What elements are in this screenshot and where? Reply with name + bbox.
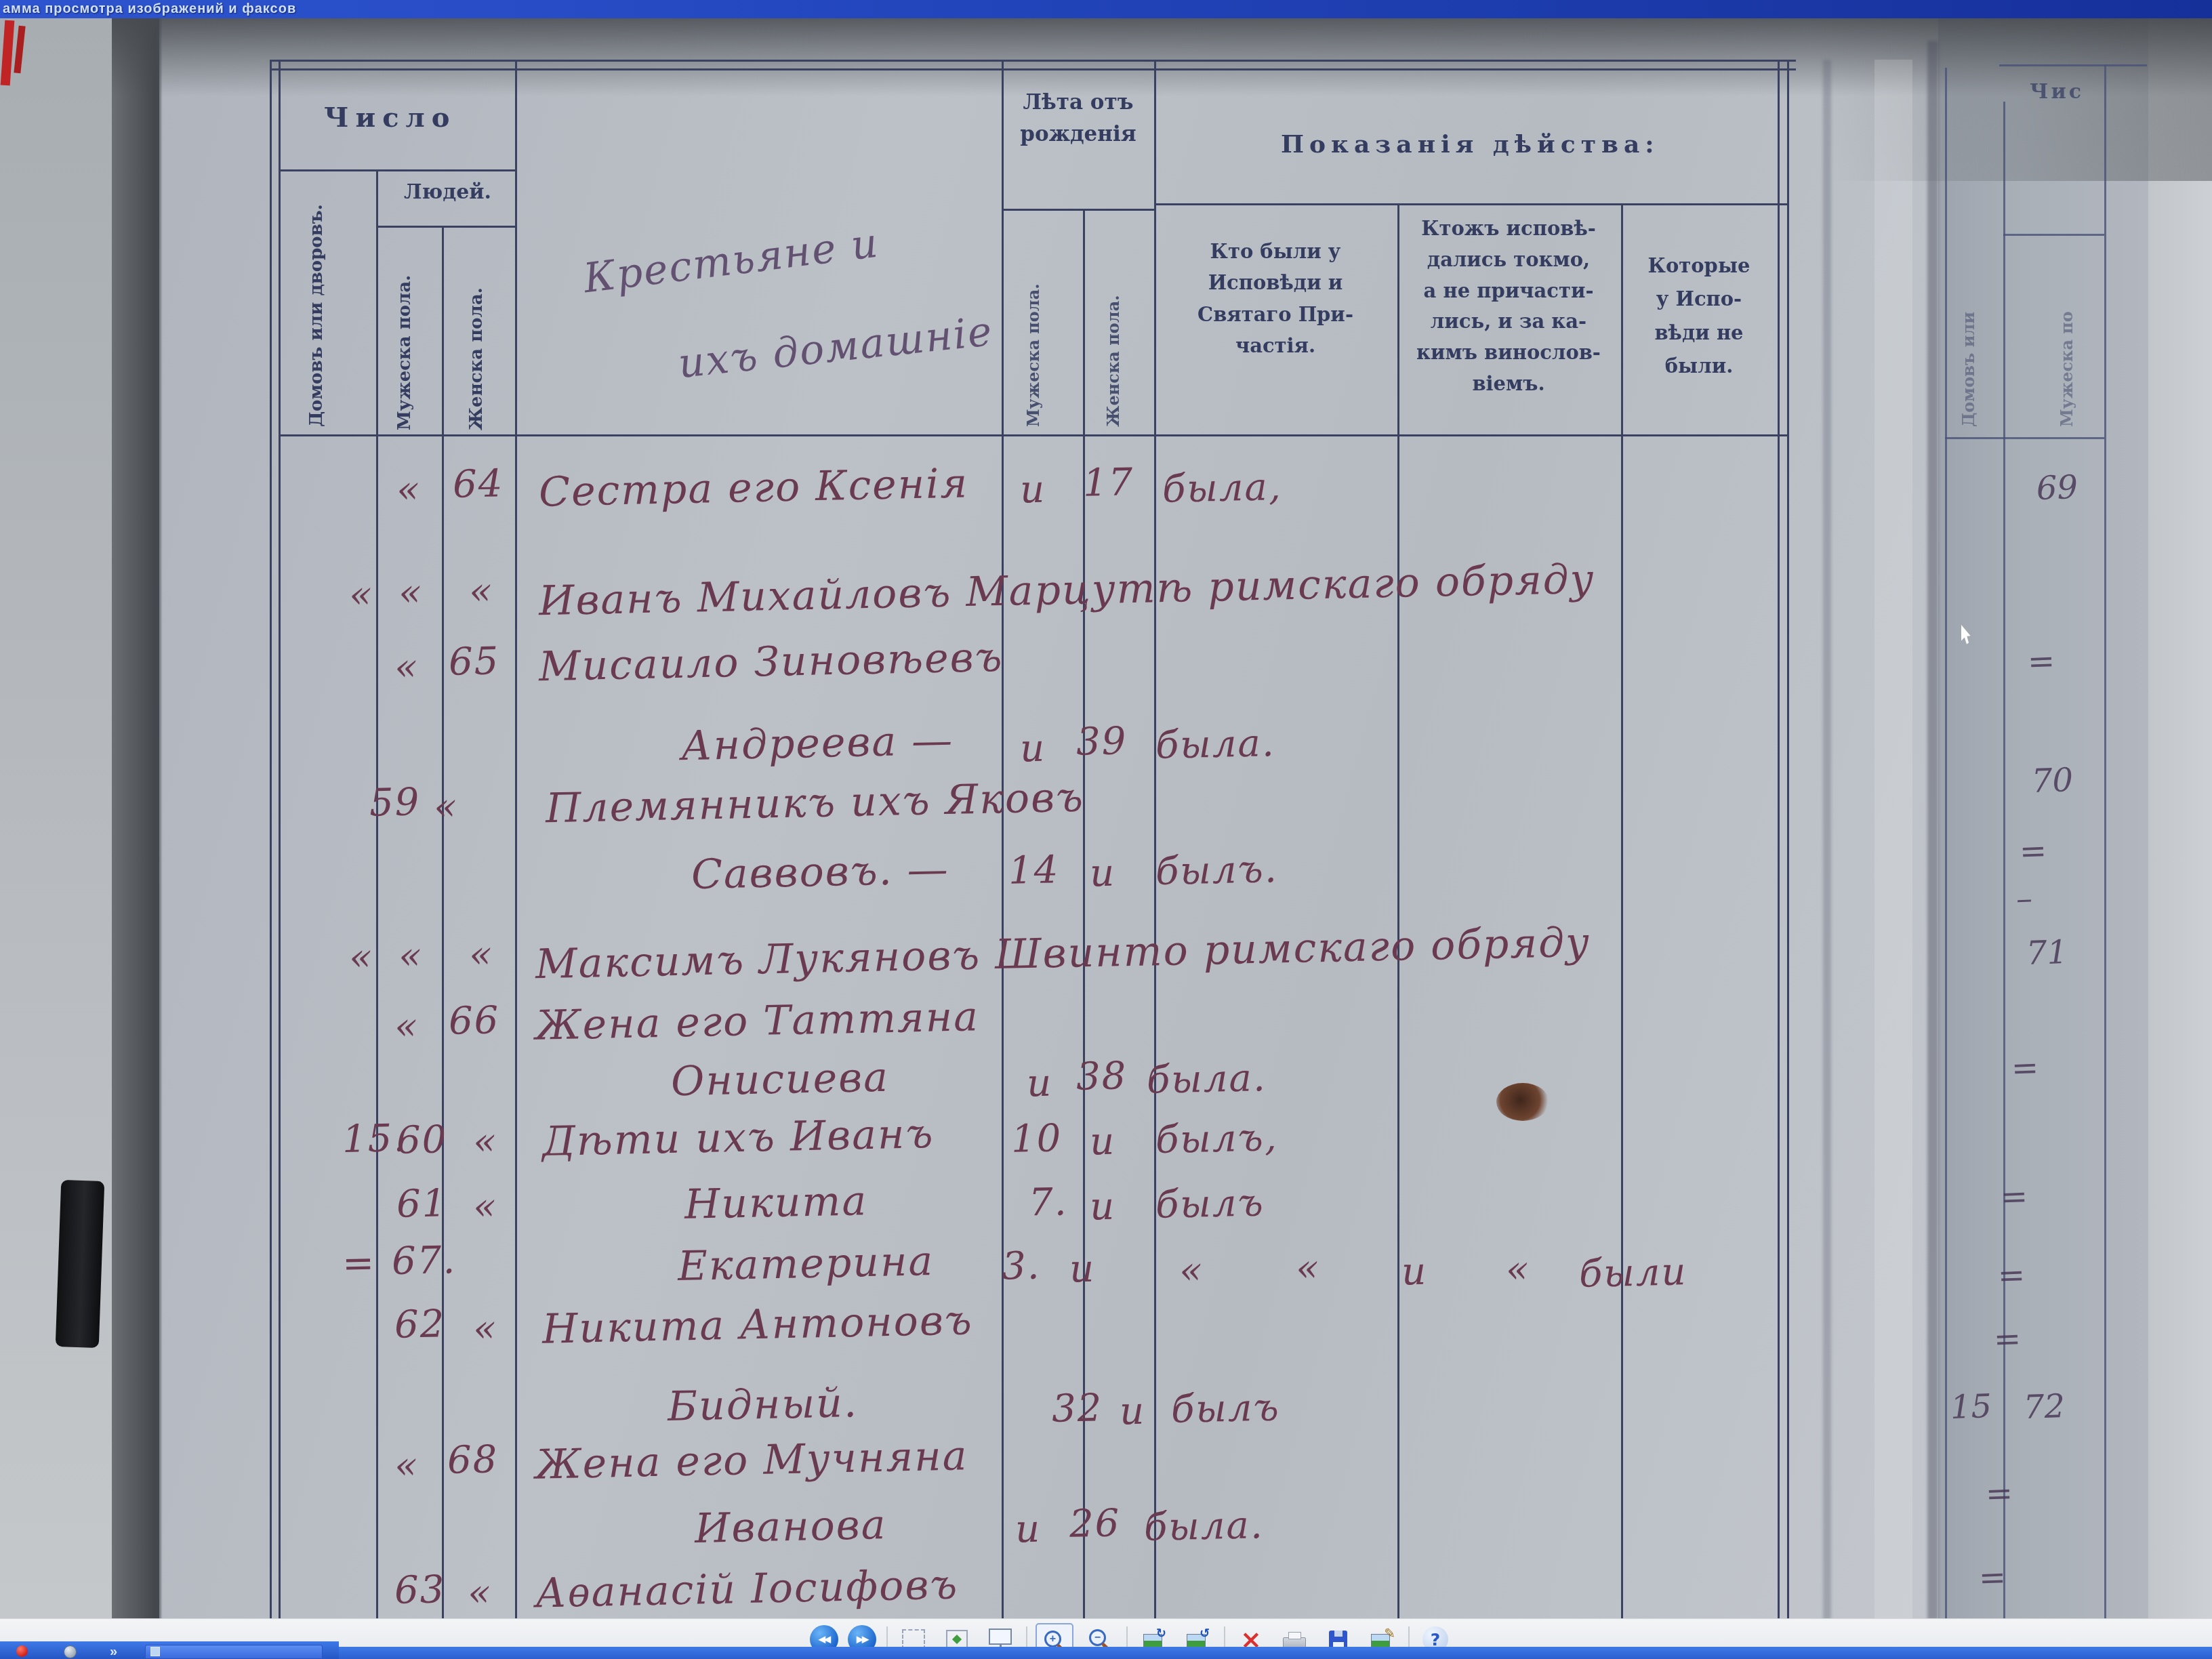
cell-name: Аѳанасій Іосифовъ	[535, 1561, 959, 1617]
cell-female-no: «	[468, 569, 494, 614]
next-page-col-label: Домовъ или	[1959, 251, 1978, 427]
cell-name: Жена его Таттяна	[535, 993, 979, 1050]
cell-female-no: «	[472, 1185, 498, 1229]
next-page-number: –	[2015, 880, 2033, 918]
cell-not-confessed: были	[1578, 1250, 1687, 1296]
col-header-muzheska: Мужеска пола.	[394, 234, 415, 430]
dark-clip-object	[56, 1180, 105, 1348]
table-line	[1787, 60, 1789, 1620]
next-page-number: =	[2011, 1048, 2039, 1087]
table-line	[376, 226, 515, 228]
cell-confessed: былъ.	[1155, 847, 1278, 894]
table-line	[1154, 203, 1787, 205]
actual-size-icon	[946, 1630, 968, 1649]
cell-house-no: 59	[369, 780, 421, 825]
next-page-number: =	[2000, 1177, 2028, 1216]
cell-female-age: 17	[1082, 460, 1134, 506]
next-page-number: =	[1993, 1319, 2022, 1358]
cell-name: Андреева —	[680, 717, 954, 770]
table-line	[2003, 102, 2005, 1620]
cell-male-no: «	[396, 468, 422, 512]
next-page-number: =	[2027, 642, 2055, 680]
cell-male-no: 62	[394, 1302, 446, 1347]
rotate-clockwise-icon: ↻	[1143, 1631, 1164, 1648]
cell-male-age: 10	[1010, 1116, 1063, 1162]
cell-confessed: была.	[1155, 721, 1275, 768]
col-header-leta-m: Мужеска пола.	[1023, 224, 1043, 427]
taskbar-overflow-chevron[interactable]: »	[110, 1644, 117, 1659]
next-page-header: Чис	[2030, 80, 2084, 104]
rotate-counterclockwise-icon: ↺	[1187, 1631, 1207, 1648]
cell-name: Саввовъ. —	[691, 846, 949, 899]
table-line	[1002, 60, 1004, 1620]
cell-name: Никита	[684, 1177, 868, 1229]
table-line	[1778, 60, 1780, 1620]
cell-confessed: была,	[1162, 465, 1282, 512]
ink-stain	[1496, 1083, 1549, 1121]
table-line	[376, 169, 378, 1620]
cell-name: Мисаило Зиновѣевъ	[538, 634, 1004, 691]
cell-male-no: «	[394, 645, 419, 690]
table-line	[279, 60, 281, 1620]
cell-male-no: «	[398, 571, 424, 615]
cell-confessed: былъ,	[1155, 1115, 1278, 1162]
cell-female-age: и	[1119, 1389, 1145, 1434]
table-line	[515, 60, 517, 1620]
cell-name: Иванова	[694, 1501, 887, 1553]
cell-name: Онисиева	[670, 1054, 889, 1106]
cell-male-age: 7.	[1028, 1180, 1068, 1225]
next-page-number: =	[1978, 1558, 2007, 1597]
cell-confessed-only: и «	[1401, 1247, 1563, 1294]
title-bar: амма просмотра изображений и факсов	[0, 0, 2212, 18]
paper-fold-highlight	[1875, 60, 1912, 1620]
save-icon	[1329, 1631, 1347, 1649]
next-page-number: =	[2019, 832, 2047, 870]
page-edge-shadow	[157, 18, 161, 1620]
table-line	[270, 68, 1796, 70]
cell-house-no: =	[342, 1241, 375, 1286]
taskbar-window-button[interactable]	[145, 1645, 323, 1659]
next-page-number: 69	[2036, 468, 2078, 508]
page-gap-shadow	[1927, 41, 1938, 1620]
cell-male-age: и	[1015, 1507, 1041, 1552]
table-line	[1945, 68, 1947, 1620]
next-page-number: 71	[2026, 933, 2068, 972]
next-page-number: =	[1985, 1474, 2013, 1513]
cell-male-no: «	[394, 1004, 419, 1049]
cell-female-age: и	[1089, 1120, 1115, 1164]
taskbar-app-icon-red[interactable]	[16, 1645, 28, 1657]
cell-male-no: «	[394, 1443, 419, 1488]
next-page-col-label: Мужеска по	[2057, 258, 2076, 427]
edit-icon: ✎	[1371, 1631, 1391, 1648]
table-line	[1621, 203, 1623, 1620]
cell-male-age: 14	[1008, 848, 1060, 893]
table-line	[1397, 203, 1399, 1620]
col-header-lyudej: Людей.	[404, 180, 491, 204]
col-header-leta-zh: Женска пола.	[1103, 224, 1123, 427]
taskbar-window-button-icon	[150, 1647, 160, 1656]
table-line	[1945, 437, 2104, 439]
taskbar-globe-icon[interactable]	[64, 1645, 77, 1658]
col-header-chislo: Число	[324, 102, 456, 134]
cell-name: Жена его Мучняна	[535, 1432, 968, 1488]
cell-confessed: была.	[1143, 1503, 1264, 1550]
col-header-zhenska: Женска пола.	[466, 234, 487, 430]
cell-male-no: 63	[394, 1568, 446, 1613]
cell-female-age: и	[1089, 1185, 1115, 1229]
cell-female-age: и	[1069, 1247, 1095, 1292]
cell-female-age: и	[1089, 851, 1115, 896]
cell-female-age: 38	[1076, 1054, 1128, 1099]
cell-name: Сестра его Ксенія	[538, 459, 969, 516]
cell-female-no: 66	[448, 998, 500, 1044]
table-line	[1999, 64, 2147, 66]
cell-female-no: «	[472, 1120, 498, 1164]
cell-male-no: 60	[396, 1118, 448, 1163]
next-page-number: =	[1997, 1256, 2026, 1294]
cell-name: Бидный.	[667, 1379, 858, 1431]
next-page-number: 72	[2023, 1387, 2066, 1427]
cell-confessed: была.	[1146, 1056, 1267, 1103]
table-line	[279, 169, 515, 171]
cell-male-no: 67.	[391, 1238, 456, 1284]
next-page-number: 70	[2031, 761, 2074, 800]
cell-male-no: 61	[396, 1181, 448, 1227]
next-page-number: 15	[1950, 1387, 1992, 1427]
table-line	[1154, 60, 1156, 1620]
cell-female-no: «	[472, 1307, 498, 1351]
cell-name: Екатерина	[677, 1237, 935, 1290]
cell-female-no: «	[467, 1571, 493, 1616]
cell-female-no: 68	[447, 1437, 499, 1483]
col-header-conf1: Кто были у Исповѣди и Святаго При- часті…	[1160, 236, 1391, 362]
paper-fold	[1823, 60, 1831, 1620]
cell-male-no: «	[433, 785, 459, 829]
table-line	[2104, 64, 2106, 1620]
cell-female-age: 39	[1076, 719, 1128, 764]
cell-male-no: «	[398, 934, 424, 979]
cell-house-no: «	[348, 935, 374, 980]
table-line	[270, 60, 1796, 62]
cell-female-age: 26	[1069, 1501, 1121, 1547]
paper-left-margin	[0, 18, 112, 1620]
col-header-leta: Лѣта отъ рожденія	[1007, 87, 1149, 150]
screen-photo: амма просмотра изображений и факсов Числ…	[0, 0, 2212, 1659]
cell-confessed: былъ	[1155, 1181, 1265, 1227]
cell-female-no: «	[468, 933, 494, 977]
cell-female-no: 64	[452, 462, 504, 507]
cell-name: Никита Антоновъ	[541, 1296, 973, 1353]
cell-male-age: и	[1019, 468, 1046, 512]
cell-confessed: былъ	[1170, 1385, 1280, 1431]
col-header-domov: Домовъ или дворовъ.	[306, 203, 327, 427]
table-line	[270, 60, 272, 1620]
col-header-pokazanija: Показанія дѣйства:	[1281, 130, 1660, 159]
paper-right-margin	[2148, 18, 2212, 1620]
cell-house-no: «	[348, 573, 374, 617]
cell-confessed: « «	[1179, 1245, 1360, 1293]
col-header-conf3: Которые у Испо- вѣди не были.	[1625, 249, 1773, 383]
cell-male-age: и	[1026, 1061, 1052, 1106]
table-line	[279, 434, 1787, 436]
page-gap-shadow	[112, 18, 159, 1620]
cell-male-age: и	[1019, 726, 1046, 771]
table-line	[2003, 234, 2104, 236]
col-header-conf2: Ктожъ исповѣ- дались токмо, а не причаст…	[1401, 213, 1616, 400]
cell-female-no: 65	[448, 639, 500, 684]
cell-male-age: 32	[1051, 1386, 1103, 1431]
cell-male-age: 3.	[1001, 1244, 1041, 1288]
table-line	[1002, 209, 1154, 211]
window-title: амма просмотра изображений и факсов	[3, 1, 296, 17]
cell-name: Дѣти ихъ Иванъ	[541, 1110, 935, 1166]
